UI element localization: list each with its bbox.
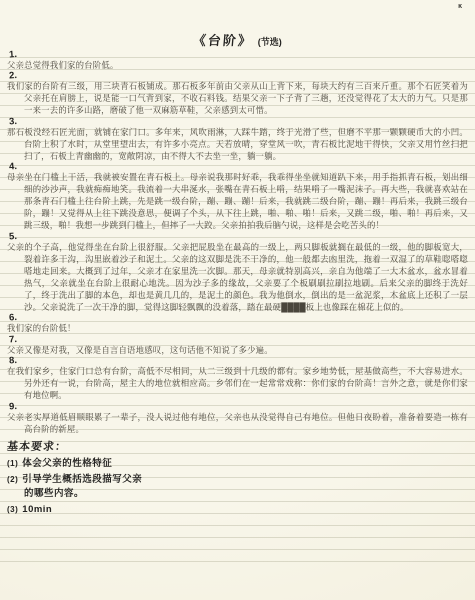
note-item-2: (2)引导学生概括选段描写父亲 的哪些内容。: [7, 474, 468, 500]
paragraph-number: 7.: [9, 335, 23, 343]
paragraph-section-7: 7. 父亲又像是对我，又像是自言自语地感叹，这句话他不知说了多少遍。: [7, 336, 468, 356]
note-label: (3): [7, 505, 18, 514]
page-title: 《台阶》: [192, 30, 254, 49]
paragraph-number: 3.: [9, 117, 23, 125]
paragraph-text: 父亲老实厚道低眉顺眼累了一辈子，没人说过他有地位，父亲也从没觉得自己有地位。但他…: [7, 411, 468, 435]
paragraph-text: 在我们家乡，住家门口总有台阶，高低不尽相同，从二三级到十几级的都有。家乡地势低，…: [7, 365, 468, 401]
page-content: 《台阶》 (节选) 1. 父亲总觉得我们家的台阶低。 2. 我们家的台阶有三级，…: [7, 30, 468, 516]
paragraph-number: 9.: [9, 402, 23, 410]
paragraph-section-1: 1. 父亲总觉得我们家的台阶低。: [7, 51, 468, 71]
paragraph-text: 我们家的台阶低！: [7, 322, 468, 334]
paragraph-text: 父亲的个子高，他觉得坐在台阶上很舒服。父亲把屁股坐在最高的一级上，两只脚板就搁在…: [7, 241, 468, 313]
note-label: (1): [7, 459, 18, 468]
paragraph-text: 父亲又像是对我，又像是自言自语地感叹，这句话他不知说了多少遍。: [7, 344, 468, 356]
note-text-continued: 的哪些内容。: [24, 488, 468, 500]
paragraph-section-6: 6. 我们家的台阶低！: [7, 314, 468, 334]
paragraph-number: 1.: [9, 50, 23, 58]
page-subtitle: (节选): [258, 37, 282, 47]
worksheet-page: ĸ 《台阶》 (节选) 1. 父亲总觉得我们家的台阶低。 2. 我们家的台阶有三…: [0, 0, 475, 600]
paragraph-text: 父亲总觉得我们家的台阶低。: [7, 59, 468, 71]
paragraph-number: 4.: [9, 163, 23, 171]
paragraph-section-4: 4. 母亲坐在门槛上干活，我就被安置在青石板上。母亲说我那时好乖，我乖得坐坐就知…: [7, 163, 468, 231]
note-label: (2): [7, 475, 18, 484]
note-text: 体会父亲的性格特征: [22, 458, 112, 469]
paragraph-number: 2.: [9, 72, 23, 80]
note-item-1: (1)体会父亲的性格特征: [7, 458, 468, 470]
notes-heading: 基本要求：: [6, 440, 67, 454]
paragraph-text: 母亲坐在门槛上干活，我就被安置在青石板上。母亲说我那时好乖，我乖得坐坐就知道趴下…: [7, 171, 468, 231]
paragraph-text: 那石板没经石匠光面，就铺在家门口。多年来，风吹雨淋，人踩牛踏，终于光滑了些，但磨…: [7, 126, 468, 162]
paragraph-number: 6.: [9, 314, 23, 322]
paragraph-text: 我们家的台阶有三级，用三块青石板铺成。那石板多年前由父亲从山上背下来，每块大约有…: [7, 80, 468, 116]
paragraph-section-2: 2. 我们家的台阶有三级，用三块青石板铺成。那石板多年前由父亲从山上背下来，每块…: [7, 72, 468, 116]
note-text: 10min: [22, 504, 52, 515]
teacher-notes: 基本要求： (1)体会父亲的性格特征 (2)引导学生概括选段描写父亲 的哪些内容…: [7, 440, 468, 516]
note-text: 引导学生概括选段描写父亲: [22, 474, 142, 485]
title-row: 《台阶》 (节选): [7, 30, 468, 49]
paragraph-number: 8.: [9, 357, 23, 365]
paragraph-section-8: 8. 在我们家乡，住家门口总有台阶，高低不尽相同，从二三级到十几级的都有。家乡地…: [7, 357, 468, 401]
paragraph-number: 5.: [9, 232, 23, 240]
note-item-3: (3)10min: [7, 504, 468, 516]
corner-mark: ĸ: [458, 3, 462, 10]
paragraph-section-5: 5. 父亲的个子高，他觉得坐在台阶上很舒服。父亲把屁股坐在最高的一级上，两只脚板…: [7, 233, 468, 313]
paragraph-section-9: 9. 父亲老实厚道低眉顺眼累了一辈子，没人说过他有地位，父亲也从没觉得自己有地位…: [7, 403, 468, 435]
paragraph-section-3: 3. 那石板没经石匠光面，就铺在家门口。多年来，风吹雨淋，人踩牛踏，终于光滑了些…: [7, 118, 468, 162]
